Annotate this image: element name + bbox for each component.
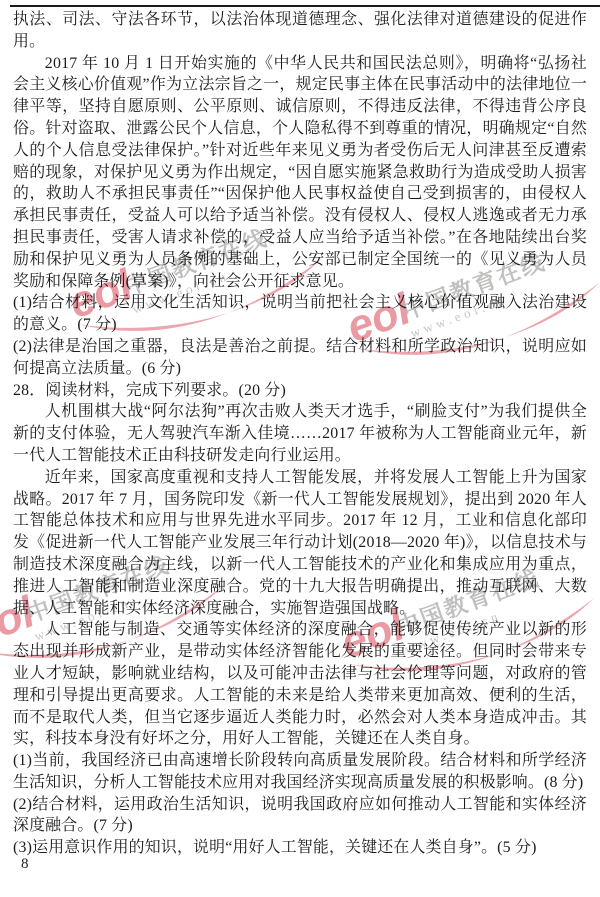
paragraph-law-morality: 执法、司法、守法各环节，以法治体现道德理念、强化法律对道德建设的促进作用。	[13, 9, 587, 53]
exam-page-text: 执法、司法、守法各环节，以法治体现道德理念、强化法律对道德建设的促进作用。 20…	[13, 9, 587, 859]
question-28-part3: (3)运用意识作用的知识，说明“用好人工智能，关键还在人类自身”。(5 分)	[13, 837, 587, 859]
paragraph-ai-economy-impact: 人工智能与制造、交通等实体经济的深度融合，能够促使传统产业以新的形态出现并形成新…	[13, 619, 587, 750]
paragraph-civil-code-material: 2017 年 10 月 1 日开始实施的《中华人民共和国民法总则》，明确将“弘扬…	[13, 53, 587, 293]
paragraph-ai-intro: 人机围棋大战“阿尔法狗”再次击败人类天才选手，“刷脸支付”为我们提供全新的支付体…	[13, 401, 587, 466]
question-27-part1: (1)结合材料，运用文化生活知识，说明当前把社会主义核心价值观融入法治建设的意义…	[13, 292, 587, 336]
question-28-part1: (1)当前，我国经济已由高速增长阶段转向高质量发展阶段。结合材料和所学经济生活知…	[13, 750, 587, 794]
question-28-heading: 28．阅读材料，完成下列要求。(20 分)	[13, 380, 587, 402]
page-top-rule	[10, 5, 600, 7]
question-28-part2: (2)结合材料，运用政治生活知识，说明我国政府应如何推动人工智能和实体经济深度融…	[13, 794, 587, 838]
question-27-part2: (2)法律是治国之重器，良法是善治之前提。结合材料和所学政治知识，说明应如何提高…	[13, 336, 587, 380]
paragraph-ai-national-strategy: 近年来，国家高度重视和支持人工智能发展，并将发展人工智能上升为国家战略。2017…	[13, 467, 587, 620]
page-number: 8	[21, 856, 29, 873]
